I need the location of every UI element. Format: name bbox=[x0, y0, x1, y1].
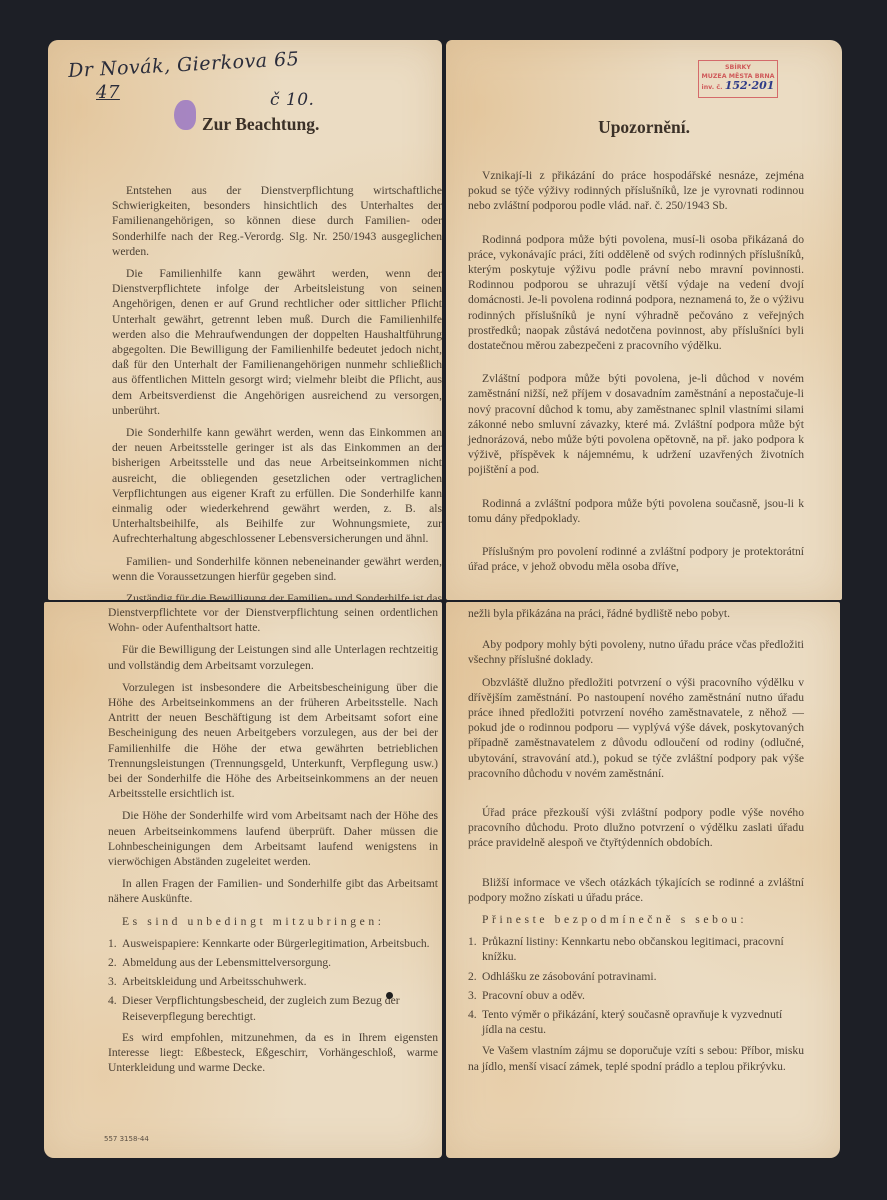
czech-title: Upozornění. bbox=[446, 117, 842, 138]
handwritten-address: Dr Novák, Gierkova 65 bbox=[68, 48, 300, 82]
german-paragraph: Dienstverpflichtete vor der Dienstverpfl… bbox=[108, 605, 438, 635]
german-paragraph: Die Familienhilfe kann gewährt werden, w… bbox=[112, 266, 442, 418]
czech-body-bottom: nežli byla přikázána na práci, řádné byd… bbox=[468, 606, 804, 1081]
czech-body-top: Vznikají-li z přikázání do práce hospodá… bbox=[468, 168, 804, 592]
list-number: 3. bbox=[468, 988, 477, 1003]
czech-closing-paragraph: Ve Vašem vlastním zájmu se doporučuje vz… bbox=[468, 1043, 804, 1073]
german-paragraph: Die Höhe der Sonderhilfe wird vom Arbeit… bbox=[108, 808, 438, 869]
list-text: Arbeitskleidung und Arbeitsschuhwerk. bbox=[122, 975, 307, 988]
czech-page-top-half: SBÍRKY MUZEA MĚSTA BRNA inv. č. 152·201 … bbox=[446, 40, 842, 600]
handwritten-number: 47 bbox=[96, 82, 120, 103]
czech-page-bottom-half: nežli byla přikázána na práci, řádné byd… bbox=[446, 602, 840, 1158]
list-item: 1.Ausweispapiere: Kennkarte oder Bürgerl… bbox=[108, 936, 438, 951]
czech-paragraph: Rodinná podpora může býti povolena, musí… bbox=[468, 232, 804, 354]
czech-required-items-list: 1.Průkazní listiny: Kennkartu nebo občan… bbox=[468, 934, 804, 1037]
print-code: 557 3158-44 bbox=[104, 1135, 149, 1143]
german-paragraph: Vorzulegen ist insbesondere die Arbeitsb… bbox=[108, 680, 438, 802]
czech-paragraph: Příslušným pro povolení rodinné a zvlášt… bbox=[468, 544, 804, 574]
list-number: 4. bbox=[108, 993, 117, 1008]
ink-dot bbox=[386, 992, 393, 999]
list-item: 4.Tento výměr o přikázání, který současn… bbox=[468, 1007, 804, 1037]
czech-paragraph: nežli byla přikázána na práci, řádné byd… bbox=[468, 606, 804, 621]
list-text: Abmeldung aus der Lebensmittelversorgung… bbox=[122, 956, 331, 969]
list-item: 1.Průkazní listiny: Kennkartu nebo občan… bbox=[468, 934, 804, 964]
list-text: Průkazní listiny: Kennkartu nebo občansk… bbox=[482, 935, 784, 963]
german-title: Zur Beachtung. bbox=[202, 114, 319, 135]
czech-paragraph: Obzvláště dlužno předložiti potvrzení o … bbox=[468, 675, 804, 781]
czech-paragraph: Rodinná a zvláštní podpora může býti pov… bbox=[468, 496, 804, 526]
czech-paragraph: Vznikají-li z přikázání do práce hospodá… bbox=[468, 168, 804, 214]
german-required-items-list: 1.Ausweispapiere: Kennkarte oder Bürgerl… bbox=[108, 936, 438, 1024]
list-number: 2. bbox=[468, 969, 477, 984]
czech-paragraph: Bližší informace ve všech otázkách týkaj… bbox=[468, 875, 804, 905]
german-page-top-half: Dr Novák, Gierkova 65 47 č 10. Zur Beach… bbox=[48, 40, 442, 600]
czech-paragraph: Zvláštní podpora může býti povolena, je-… bbox=[468, 371, 804, 477]
list-text: Dieser Verpflichtungsbescheid, der zugle… bbox=[122, 994, 400, 1022]
german-paragraph: Entstehen aus der Dienstverpflichtung wi… bbox=[112, 183, 442, 259]
list-number: 1. bbox=[108, 936, 117, 951]
list-text: Tento výměr o přikázání, který současně … bbox=[482, 1008, 782, 1036]
german-paragraph: Zuständig für die Bewilligung der Famili… bbox=[112, 591, 442, 600]
list-number: 1. bbox=[468, 934, 477, 949]
list-item: 3.Pracovní obuv a oděv. bbox=[468, 988, 804, 1003]
czech-list-heading: Přineste bezpodmínečně s sebou: bbox=[468, 912, 804, 927]
museum-stamp: SBÍRKY MUZEA MĚSTA BRNA inv. č. 152·201 bbox=[698, 60, 778, 98]
list-text: Ausweispapiere: Kennkarte oder Bürgerleg… bbox=[122, 937, 430, 950]
german-closing-paragraph: Es wird empfohlen, mitzunehmen, da es in… bbox=[108, 1030, 438, 1076]
list-item: 2.Abmeldung aus der Lebensmittelversorgu… bbox=[108, 955, 438, 970]
german-paragraph: Familien- und Sonderhilfe können nebenei… bbox=[112, 554, 442, 584]
list-text: Odhlášku ze zásobování potravinami. bbox=[482, 970, 657, 983]
czech-paragraph: Úřad práce přezkouší výši zvláštní podpo… bbox=[468, 805, 804, 851]
inventory-number: 152·201 bbox=[725, 79, 775, 92]
german-paragraph: Die Sonderhilfe kann gewährt werden, wen… bbox=[112, 425, 442, 547]
german-paragraph: Für die Bewilligung der Leistungen sind … bbox=[108, 642, 438, 672]
german-paragraph: In allen Fragen der Familien- und Sonder… bbox=[108, 876, 438, 906]
list-text: Pracovní obuv a oděv. bbox=[482, 989, 585, 1002]
list-number: 2. bbox=[108, 955, 117, 970]
list-item: 2.Odhlášku ze zásobování potravinami. bbox=[468, 969, 804, 984]
czech-paragraph: Aby podpory mohly býti povoleny, nutno ú… bbox=[468, 637, 804, 667]
list-item: 3.Arbeitskleidung und Arbeitsschuhwerk. bbox=[108, 974, 438, 989]
german-body-top: Entstehen aus der Dienstverpflichtung wi… bbox=[112, 183, 442, 600]
stamp-label: inv. č. bbox=[702, 84, 723, 91]
stamp-line: SBÍRKY bbox=[699, 63, 777, 72]
list-number: 4. bbox=[468, 1007, 477, 1022]
ink-stain bbox=[174, 100, 196, 130]
german-list-heading: Es sind unbedingt mitzubringen: bbox=[108, 914, 438, 929]
german-page-bottom-half: Dienstverpflichtete vor der Dienstverpfl… bbox=[44, 602, 442, 1158]
handwritten-note: č 10. bbox=[270, 90, 314, 110]
german-body-bottom: Dienstverpflichtete vor der Dienstverpfl… bbox=[108, 605, 438, 1082]
list-number: 3. bbox=[108, 974, 117, 989]
